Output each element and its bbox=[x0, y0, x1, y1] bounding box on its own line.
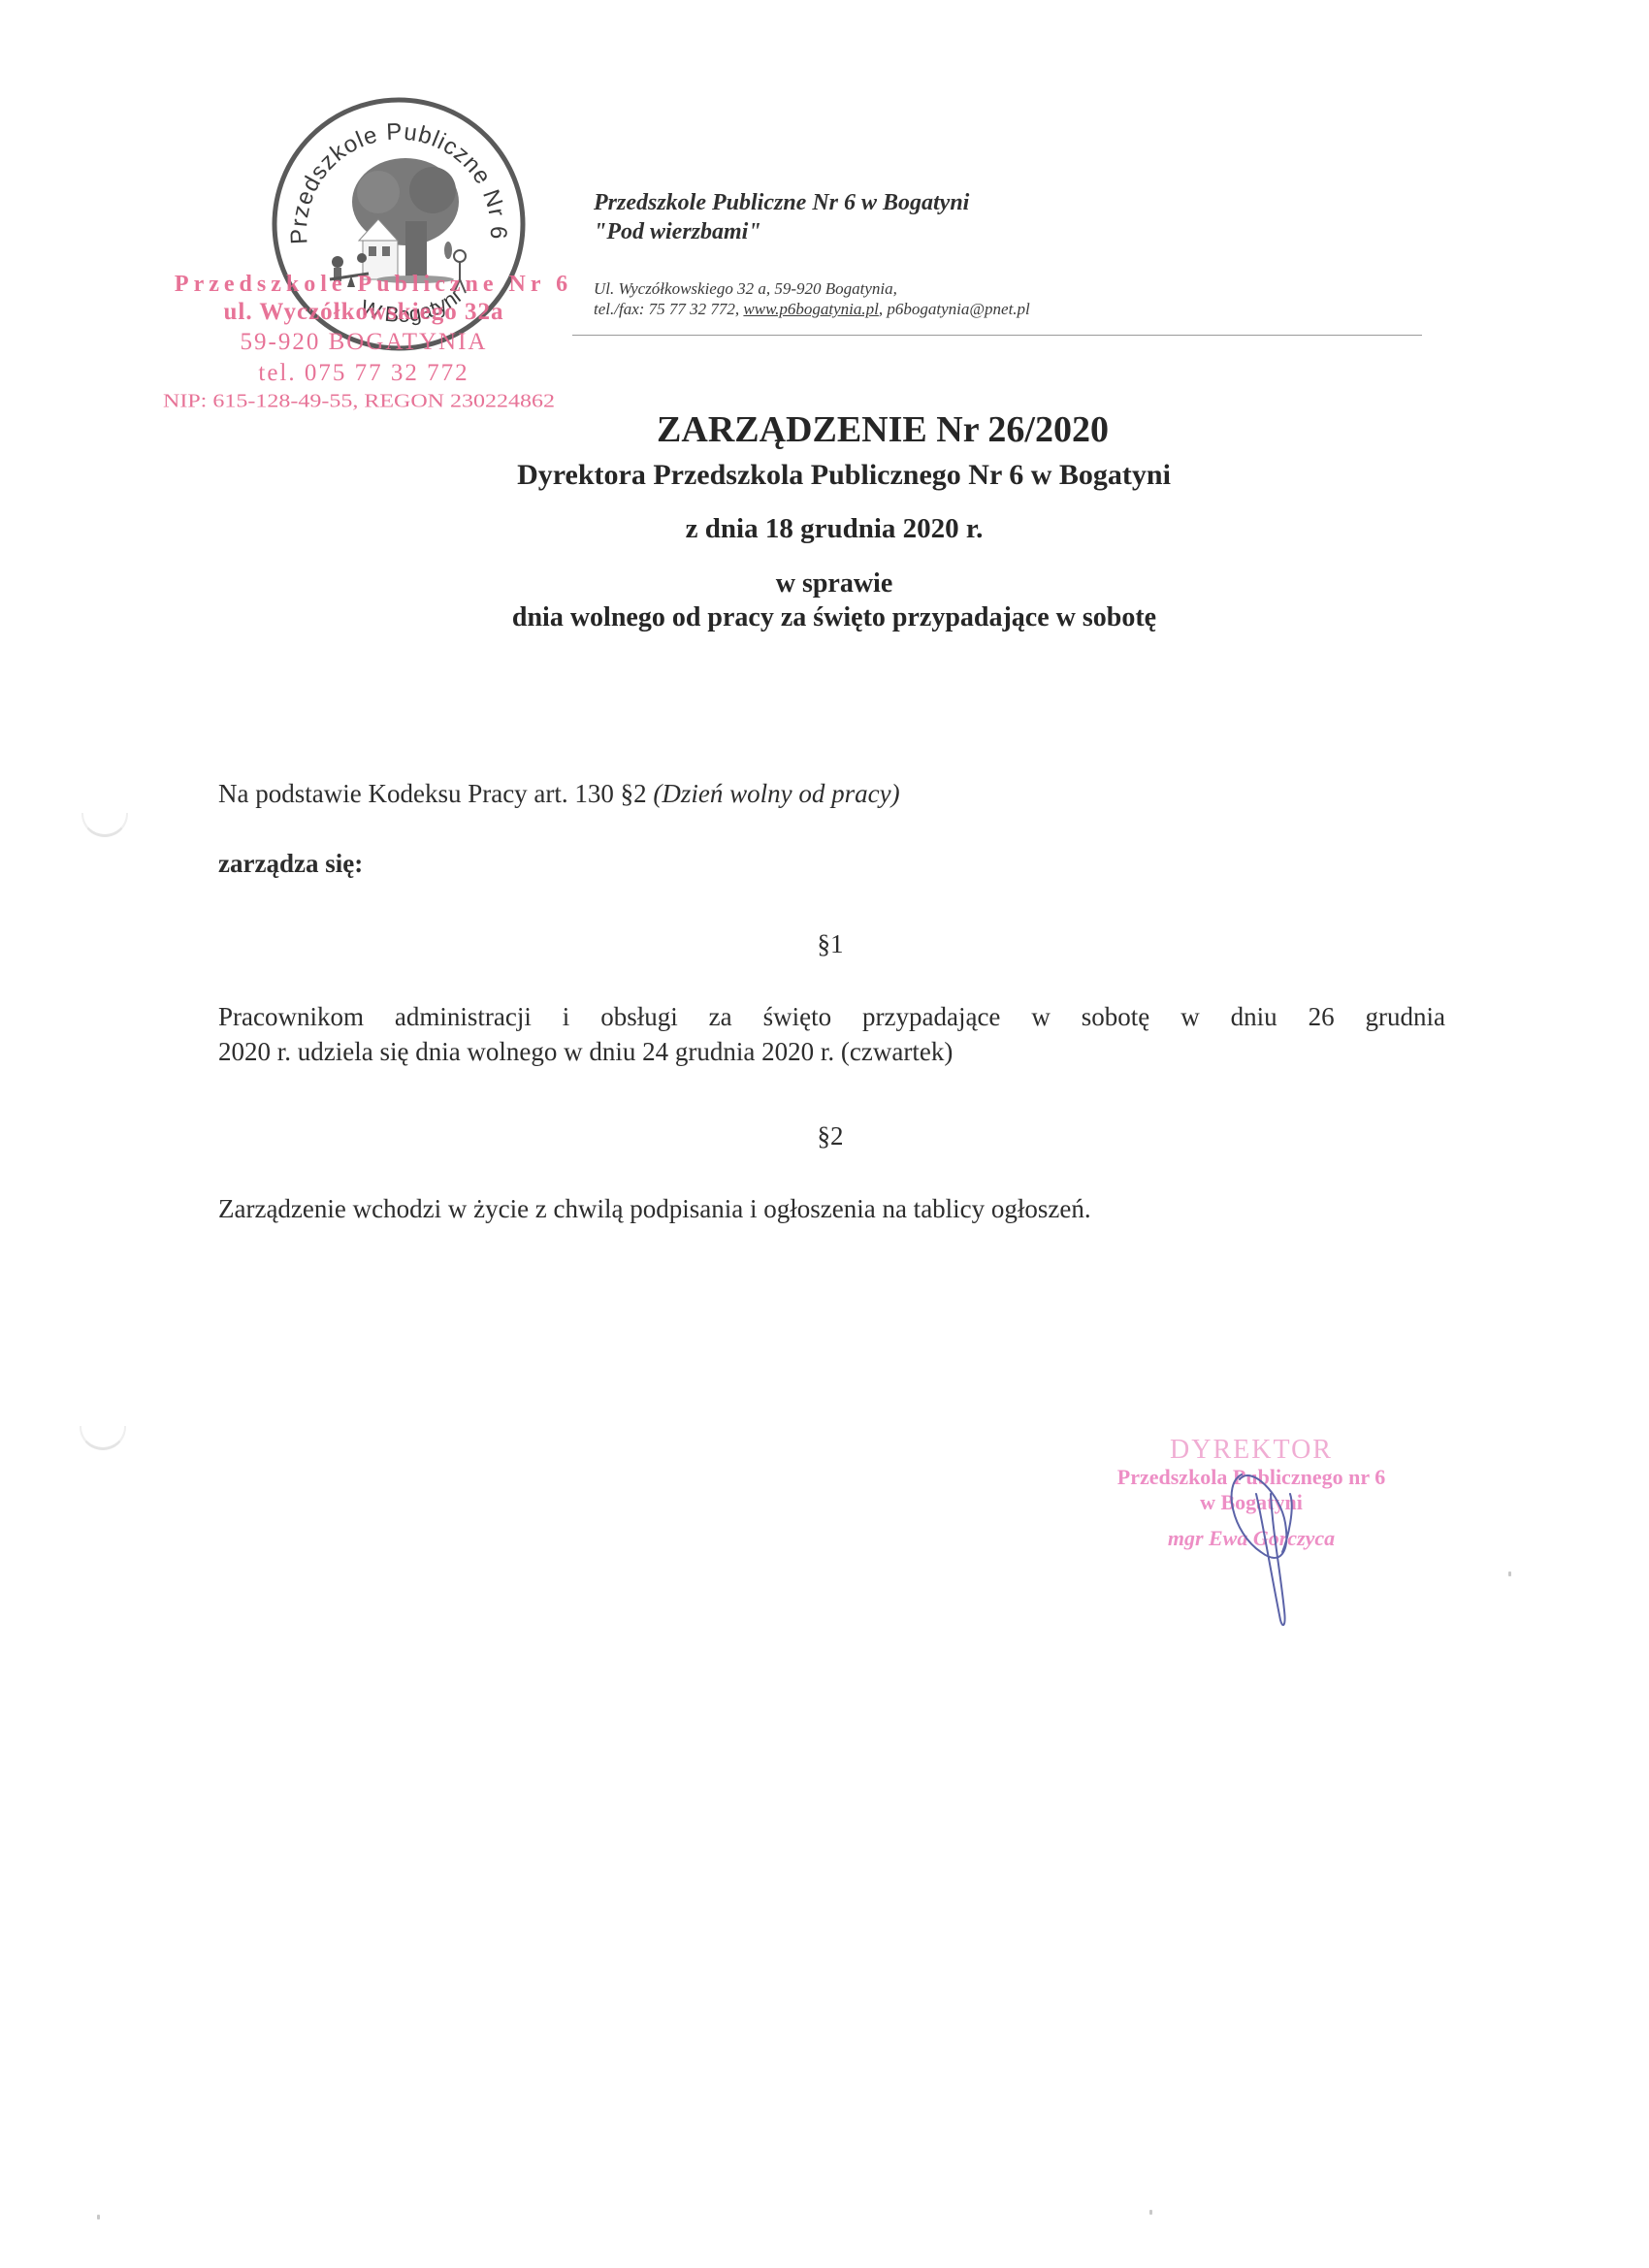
email-link[interactable]: p6bogatynia@pnet.pl bbox=[887, 300, 1029, 318]
institution-stamp: Przedszkole Publiczne Nr 6 ul. Wyczółkow… bbox=[136, 272, 592, 418]
stamp-line-phone: tel. 075 77 32 772 bbox=[136, 358, 592, 389]
document-date: z dnia 18 grudnia 2020 r. bbox=[10, 510, 1649, 547]
section-mark-2: §2 bbox=[6, 1118, 1649, 1153]
legal-basis: Na podstawie Kodeksu Pracy art. 130 §2 (… bbox=[218, 776, 900, 811]
punch-hole-mark bbox=[80, 1426, 126, 1450]
institution-nickname: "Pod wierzbami" bbox=[594, 217, 969, 246]
scan-speck bbox=[1149, 2210, 1152, 2215]
stamp-line-city: 59-920 BOGATYNIA bbox=[136, 327, 592, 358]
stamp-line-street: ul. Wyczółkowskiego 32a bbox=[136, 298, 592, 327]
document-subject: dnia wolnego od pracy za święto przypada… bbox=[10, 601, 1649, 634]
header-divider bbox=[572, 335, 1422, 336]
website-link[interactable]: www.p6bogatynia.pl bbox=[743, 300, 878, 318]
orders-heading: zarządza się: bbox=[218, 846, 363, 881]
scan-speck bbox=[1508, 1571, 1511, 1576]
legal-basis-note: (Dzień wolny od pracy) bbox=[653, 779, 899, 808]
institution-header: Przedszkole Publiczne Nr 6 w Bogatyni "P… bbox=[594, 188, 969, 246]
institution-name: Przedszkole Publiczne Nr 6 w Bogatyni bbox=[594, 188, 969, 217]
subject-intro: w sprawie bbox=[10, 567, 1649, 600]
institution-address: Ul. Wyczółkowskiego 32 a, 59-920 Bogatyn… bbox=[594, 278, 1030, 299]
scan-speck bbox=[97, 2215, 100, 2219]
section-1-line-1: Pracownikom administracji i obsługi za ś… bbox=[218, 999, 1445, 1034]
handwritten-signature-icon bbox=[1212, 1455, 1329, 1630]
punch-hole-mark bbox=[81, 813, 128, 837]
section-1-text: Pracownikom administracji i obsługi za ś… bbox=[218, 999, 1445, 1069]
document-issuer: Dyrektora Przedszkola Publicznego Nr 6 w… bbox=[19, 456, 1649, 495]
institution-contact: Ul. Wyczółkowskiego 32 a, 59-920 Bogatyn… bbox=[594, 278, 1030, 319]
section-mark-1: §1 bbox=[6, 926, 1649, 961]
document-number: ZARZĄDZENIE Nr 26/2020 bbox=[58, 407, 1649, 452]
phone-fax: tel./fax: 75 77 32 772, bbox=[594, 300, 743, 318]
contact-line: tel./fax: 75 77 32 772, www.p6bogatynia.… bbox=[594, 299, 1030, 319]
stamp-line-name: Przedszkole Publiczne Nr 6 bbox=[155, 272, 592, 298]
legal-basis-text: Na podstawie Kodeksu Pracy art. 130 §2 bbox=[218, 779, 653, 808]
section-2-text: Zarządzenie wchodzi w życie z chwilą pod… bbox=[218, 1191, 1091, 1226]
section-1-line-2: 2020 r. udziela się dnia wolnego w dniu … bbox=[218, 1034, 1445, 1069]
